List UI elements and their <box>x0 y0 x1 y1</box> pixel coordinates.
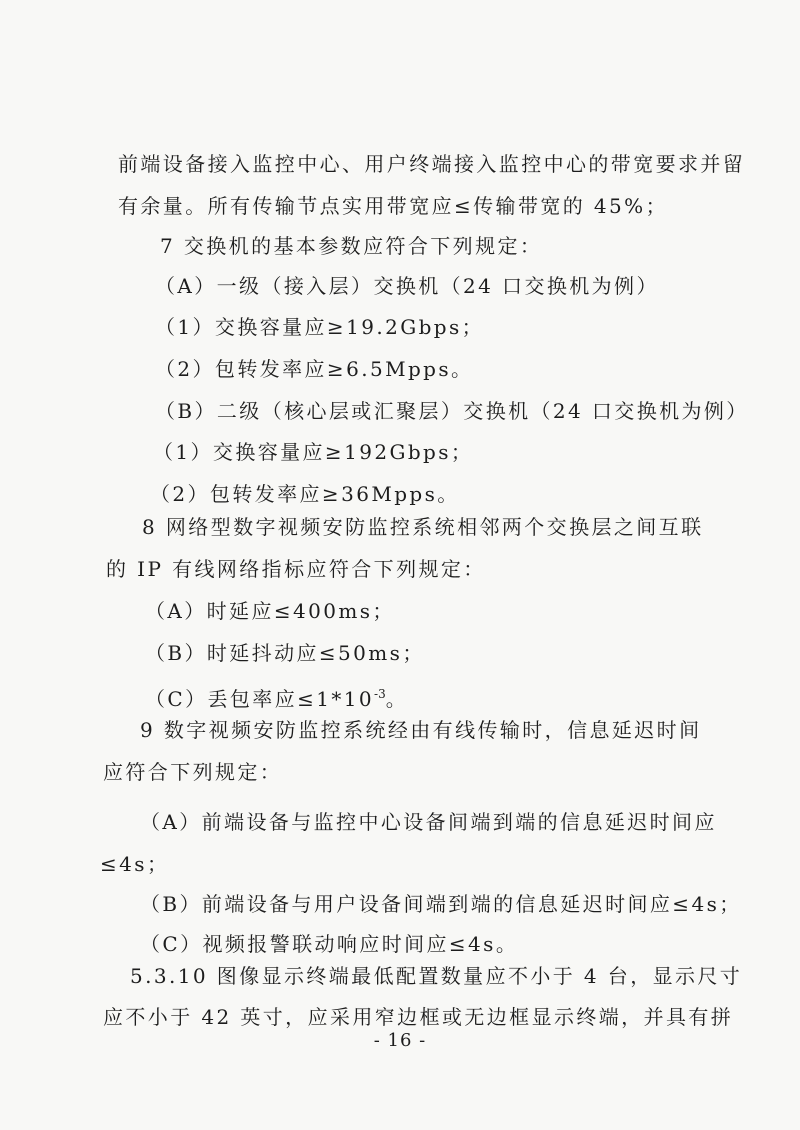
clause-9-heading-cont: 应符合下列规定： <box>103 758 282 786</box>
clause-7-heading: 7 交换机的基本参数应符合下列规定： <box>160 232 542 260</box>
clause-8a: （A）时延应≤400ms； <box>145 597 395 625</box>
text-line-2: 有余量。所有传输节点实用带宽应≤传输带宽的 45%； <box>118 192 668 220</box>
clause-9a-cont: ≤4s； <box>100 850 169 878</box>
page-number: - 16 - <box>0 1030 800 1051</box>
clause-7b-2: （2）包转发率应≥36Mpps。 <box>150 480 460 508</box>
clause-9-heading: 9 数字视频安防监控系统经由有线传输时，信息延迟时间 <box>140 716 701 744</box>
clause-8b: （B）时延抖动应≤50ms； <box>145 639 425 667</box>
clause-9a: （A）前端设备与监控中心设备间端到端的信息延迟时间应 <box>140 808 717 836</box>
clause-7b-1: （1）交换容量应≥192Gbps； <box>153 438 473 466</box>
clause-8-heading-cont: 的 IP 有线网络指标应符合下列规定： <box>106 555 486 583</box>
clause-8-heading: 8 网络型数字视频安防监控系统相邻两个交换层之间互联 <box>142 513 703 541</box>
section-5-3-10: 5.3.10 图像显示终端最低配置数量应不小于 4 台，显示尺寸 <box>130 962 742 990</box>
clause-7b: （B）二级（核心层或汇聚层）交换机（24 口交换机为例） <box>155 397 749 425</box>
clause-7a-2: （2）包转发率应≥6.5Mpps。 <box>155 355 473 383</box>
section-5-3-10-cont: 应不小于 42 英寸，应采用窄边框或无边框显示终端，并具有拼 <box>103 1003 733 1031</box>
clause-7a: （A）一级（接入层）交换机（24 口交换机为例） <box>155 272 659 300</box>
clause-8c-tail: 。 <box>386 687 408 711</box>
clause-8c-exponent: -3 <box>374 687 386 701</box>
text-line-1: 前端设备接入监控中心、用户终端接入监控中心的带宽要求并留 <box>118 150 745 178</box>
clause-8c-text: （C）丢包率应≤1*10 <box>145 687 374 711</box>
clause-7a-1: （1）交换容量应≥19.2Gbps； <box>155 313 484 341</box>
document-page: 前端设备接入监控中心、用户终端接入监控中心的带宽要求并留 有余量。所有传输节点实… <box>0 0 800 1130</box>
clause-9c: （C）视频报警联动响应时间应≤4s。 <box>140 930 518 958</box>
clause-8c: （C）丢包率应≤1*10-3。 <box>145 680 408 713</box>
clause-9b: （B）前端设备与用户设备间端到端的信息延迟时间应≤4s； <box>140 890 742 918</box>
